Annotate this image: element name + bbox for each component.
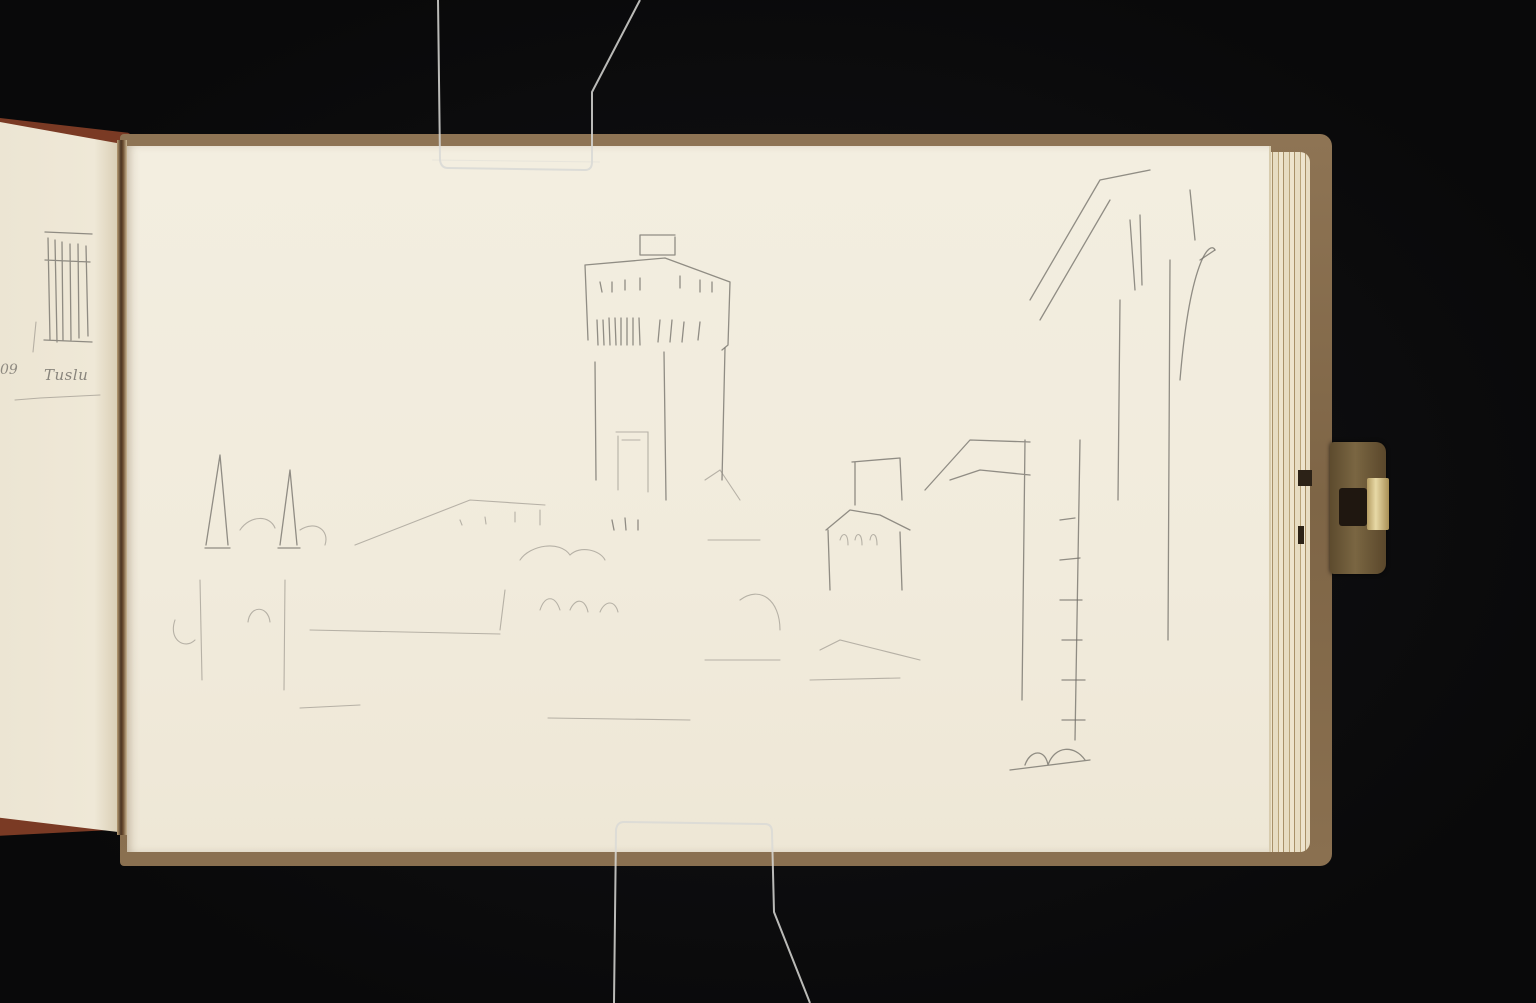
- long-building-sketch: [300, 500, 690, 720]
- spires-sketch: [173, 455, 326, 690]
- pencil-sketch: [0, 0, 1536, 1003]
- left-page-margin-mark: 09: [0, 362, 18, 378]
- left-page-inscription: Tuslu: [44, 366, 88, 384]
- tower-sketch: [585, 235, 730, 530]
- chapel-and-houses-sketch: [705, 440, 1030, 700]
- archway-sketch: [1010, 170, 1215, 770]
